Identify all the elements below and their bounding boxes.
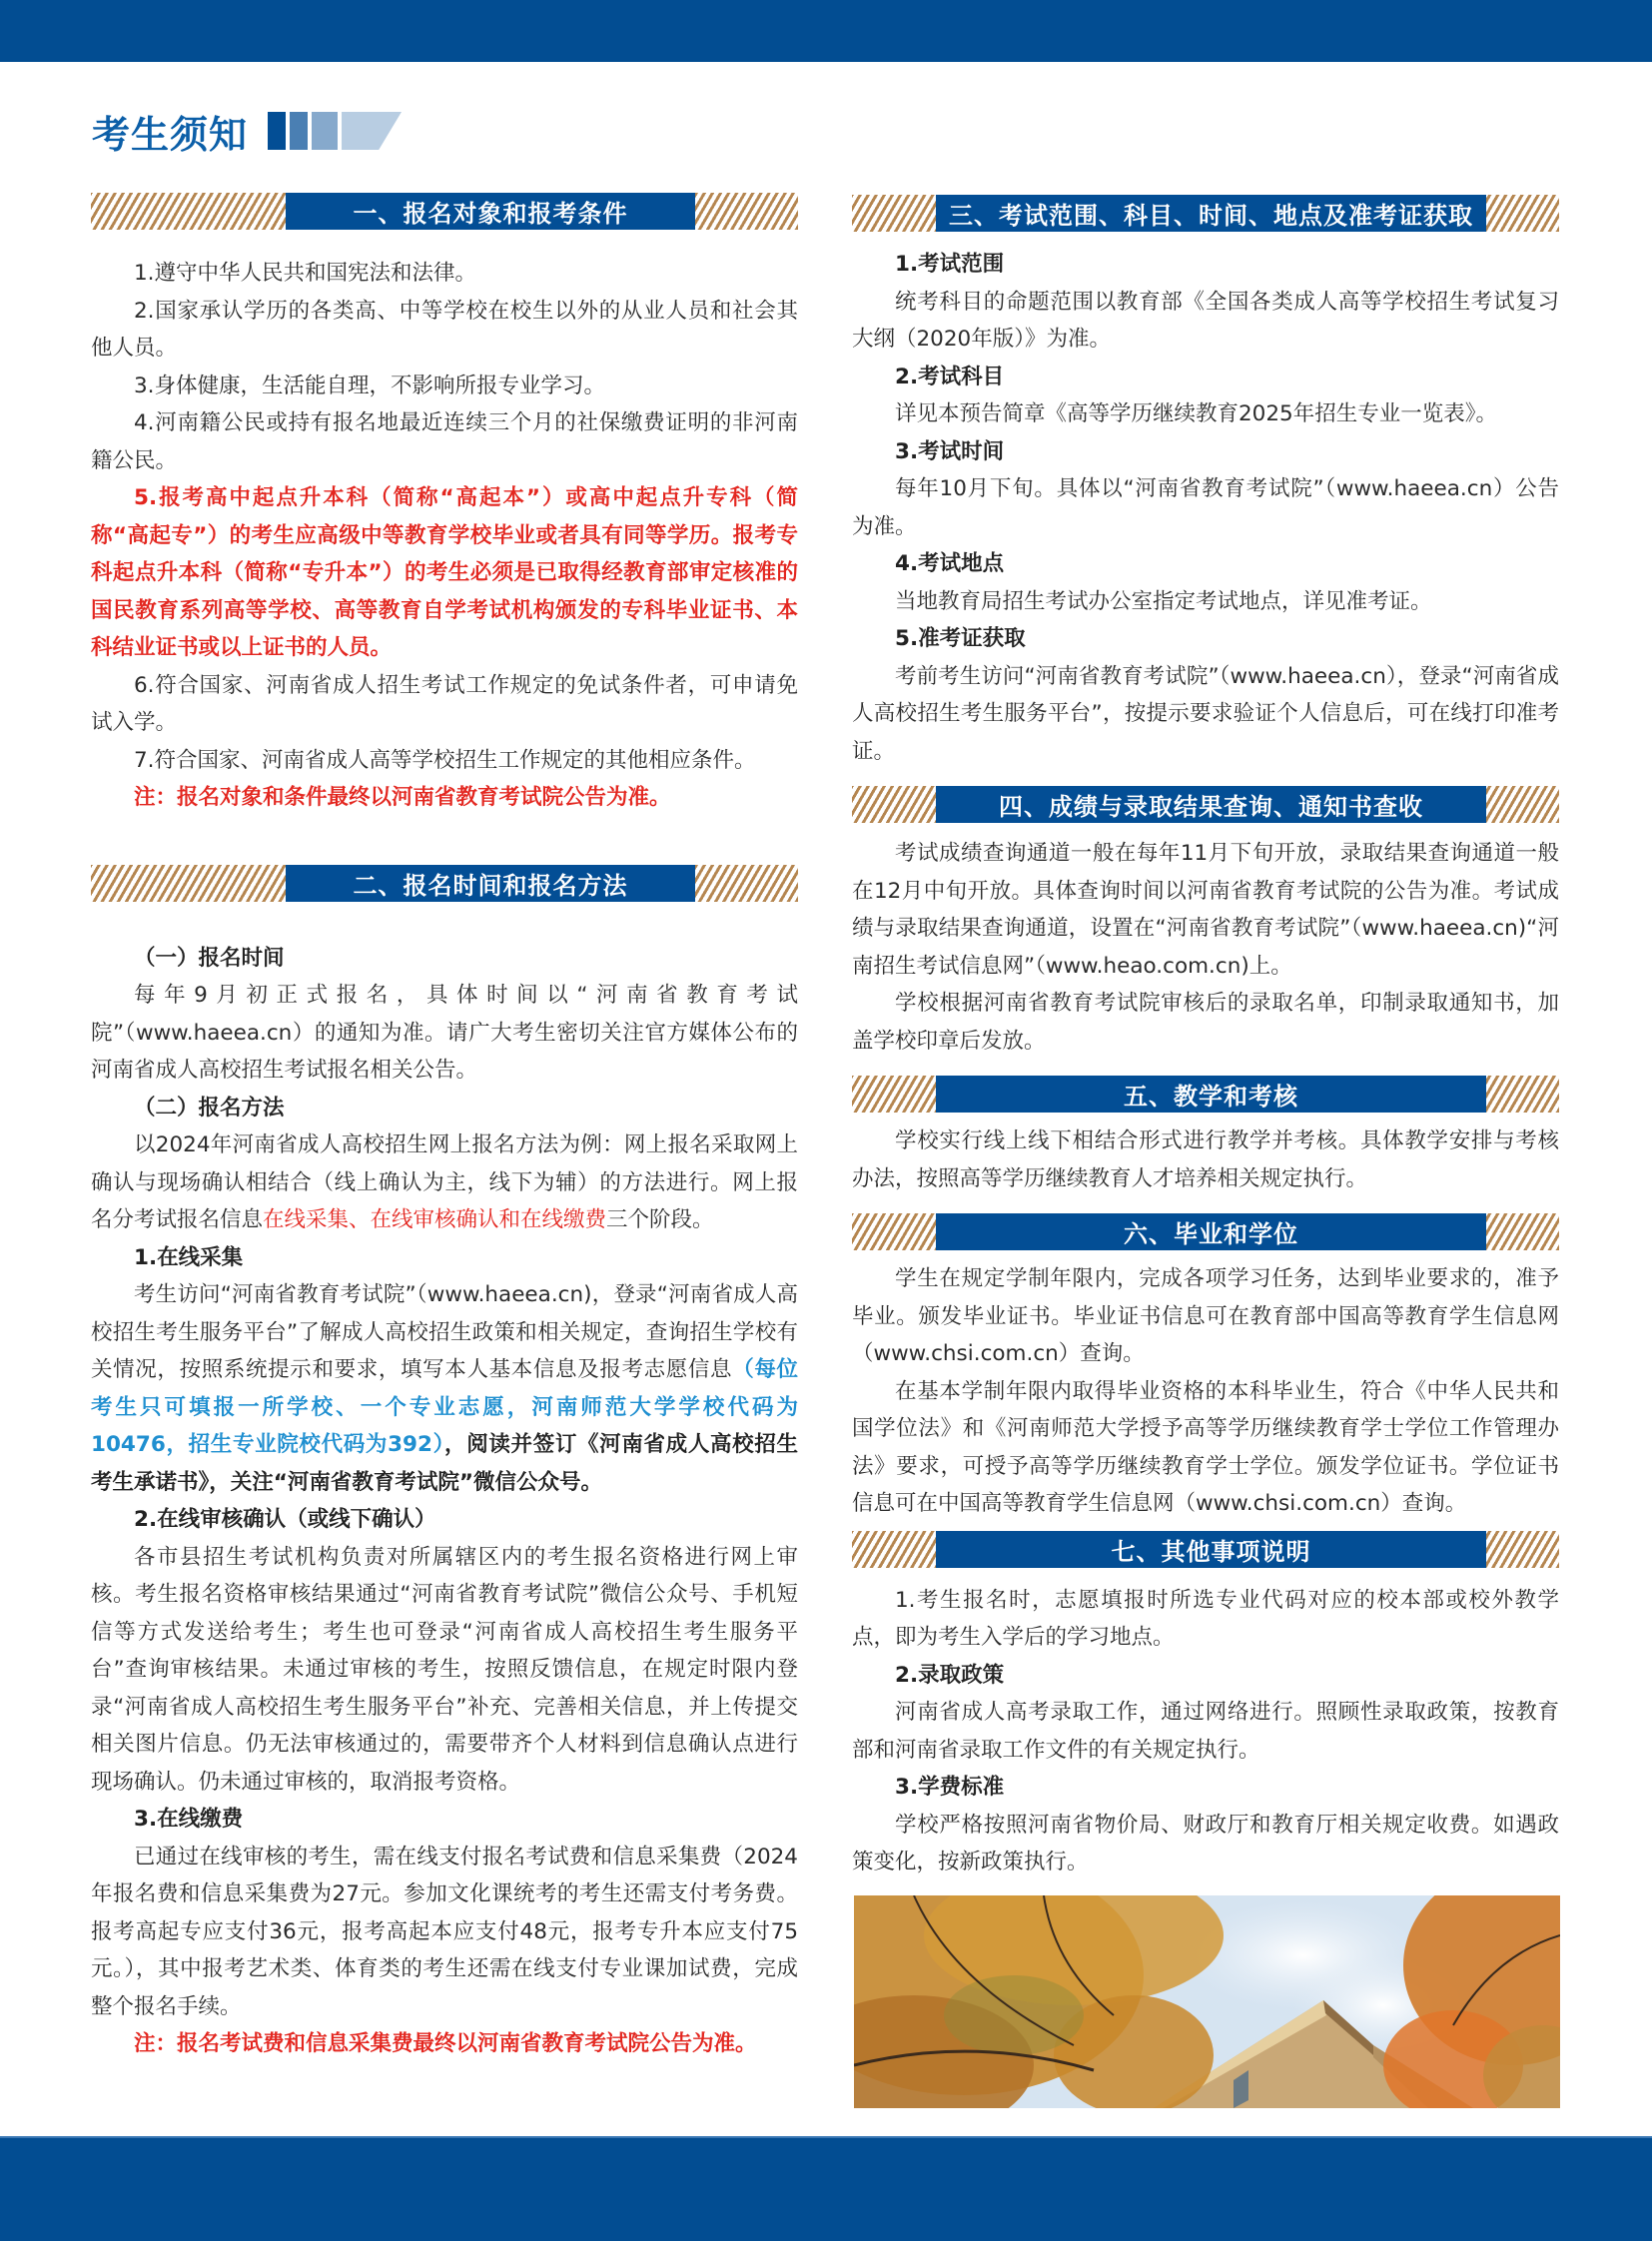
condition-item-2: 2.国家承认学历的各类高、中等学校在校生以外的从业人员和社会其他人员。: [91, 293, 798, 368]
step-2-text: 各市县招生考试机构负责对所属辖区内的考生报名资格进行网上审核。考生报名资格审核结…: [91, 1539, 798, 1802]
item-text: 考前考生访问“河南省教育考试院”（www.haeea.cn），登录“河南省成人高…: [852, 658, 1559, 771]
section-note: 注：报名考试费和信息采集费最终以河南省教育考试院公告为准。: [91, 2025, 798, 2063]
step-3-text: 已通过在线审核的考生，需在线支付报名考试费和信息采集费（2024年报名费和信息采…: [91, 1839, 798, 2026]
subsection-title: （一）报名时间: [91, 940, 798, 978]
bottom-banner-bar: [0, 2136, 1652, 2241]
section-header-4: 四、成绩与录取结果查询、通知书查收: [852, 786, 1559, 823]
graduation-text: 学生在规定学制年限内，完成各项学习任务，达到毕业要求的，准予毕业。颁发毕业证书。…: [852, 1260, 1559, 1373]
item-title: 3.考试时间: [852, 433, 1559, 471]
deco-block-3: [312, 112, 338, 150]
condition-item-3: 3.身体健康，生活能自理，不影响所报专业学习。: [91, 368, 798, 405]
item-text: 详见本预告简章《高等学历继续教育2025年招生专业一览表》。: [852, 395, 1559, 433]
section-heading: 七、其他事项说明: [936, 1531, 1486, 1568]
section-header-2: 二、报名时间和报名方法: [91, 865, 798, 902]
section-header-7: 七、其他事项说明: [852, 1531, 1559, 1568]
section-note: 注：报名对象和条件最终以河南省教育考试院公告为准。: [91, 779, 798, 817]
item-title: 4.考试地点: [852, 545, 1559, 583]
section-heading: 五、教学和考核: [936, 1076, 1486, 1113]
item-title: 2.录取政策: [852, 1657, 1559, 1695]
section-body-6: 学生在规定学制年限内，完成各项学习任务，达到毕业要求的，准予毕业。颁发毕业证书。…: [852, 1250, 1559, 1523]
teaching-text: 学校实行线上线下相结合形式进行教学并考核。具体教学安排与考核办法，按照高等学历继…: [852, 1122, 1559, 1197]
section-body-7: 1.考生报名时，志愿填报时所选专业代码对应的校本部或校外教学点，即为考生入学后的…: [852, 1568, 1559, 1881]
section-body-2: （一）报名时间 每年9月初正式报名，具体时间以“河南省教育考试院”（www.ha…: [91, 902, 798, 2063]
item-text: 统考科目的命题范围以教育部《全国各类成人高等学校招生考试复习大纲（2020年版）…: [852, 284, 1559, 359]
title-decoration-blocks: [268, 112, 406, 150]
section-body-5: 学校实行线上线下相结合形式进行教学并考核。具体教学安排与考核办法，按照高等学历继…: [852, 1113, 1559, 1197]
section-heading: 二、报名时间和报名方法: [286, 865, 695, 902]
section-heading: 三、考试范围、科目、时间、地点及准考证获取: [936, 195, 1486, 232]
condition-item-6: 6.符合国家、河南省成人招生考试工作规定的免试条件者，可申请免试入学。: [91, 667, 798, 742]
section-body-1: 1.遵守中华人民共和国宪法和法律。 2.国家承认学历的各类高、中等学校在校生以外…: [91, 230, 798, 817]
tuition-text: 学校严格按照河南省物价局、财政厅和教育厅相关规定收费。如遇政策变化，按新政策执行…: [852, 1807, 1559, 1881]
results-query-text: 考试成绩查询通道一般在每年11月下旬开放，录取结果查询通道一般在12月中旬开放。…: [852, 835, 1559, 985]
campus-photo: [854, 1895, 1560, 2108]
condition-item-7: 7.符合国家、河南省成人高等学校招生工作规定的其他相应条件。: [91, 742, 798, 780]
section-heading: 一、报名对象和报考条件: [286, 193, 695, 230]
item-text: 当地教育局招生考试办公室指定考试地点，详见准考证。: [852, 583, 1559, 621]
highlight-stages: 在线采集、在线审核确认和在线缴费: [263, 1207, 606, 1232]
top-banner-bar: [0, 0, 1652, 62]
registration-method-text: 以2024年河南省成人高校招生网上报名方法为例：网上报名采取网上确认与现场确认相…: [91, 1126, 798, 1239]
subsection-title: （二）报名方法: [91, 1090, 798, 1127]
item-title: 5.准考证获取: [852, 620, 1559, 658]
item-title: 2.考试科目: [852, 359, 1559, 396]
section-header-3: 三、考试范围、科目、时间、地点及准考证获取: [852, 195, 1559, 232]
left-column: 一、报名对象和报考条件 1.遵守中华人民共和国宪法和法律。 2.国家承认学历的各…: [91, 193, 798, 2063]
admission-policy-text: 河南省成人高考录取工作，通过网络进行。照顾性录取政策，按教育部和河南省录取工作文…: [852, 1694, 1559, 1769]
right-column: 三、考试范围、科目、时间、地点及准考证获取 1.考试范围 统考科目的命题范围以教…: [852, 195, 1559, 1881]
page-title: 考生须知: [92, 108, 406, 154]
condition-item-4: 4.河南籍公民或持有报名地最近连续三个月的社保缴费证明的非河南籍公民。: [91, 404, 798, 479]
section-heading: 六、毕业和学位: [936, 1213, 1486, 1250]
study-location-text: 1.考生报名时，志愿填报时所选专业代码对应的校本部或校外教学点，即为考生入学后的…: [852, 1582, 1559, 1657]
deco-block-1: [268, 112, 286, 150]
section-body-3: 1.考试范围 统考科目的命题范围以教育部《全国各类成人高等学校招生考试复习大纲（…: [852, 232, 1559, 770]
degree-text: 在基本学制年限内取得毕业资格的本科毕业生，符合《中华人民共和国学位法》和《河南师…: [852, 1373, 1559, 1523]
item-title: 1.考试范围: [852, 246, 1559, 284]
condition-item-1: 1.遵守中华人民共和国宪法和法律。: [91, 255, 798, 293]
deco-block-2: [290, 112, 308, 150]
section-header-1: 一、报名对象和报考条件: [91, 193, 798, 230]
section-heading: 四、成绩与录取结果查询、通知书查收: [936, 786, 1486, 823]
registration-time-text: 每年9月初正式报名，具体时间以“河南省教育考试院”（www.haeea.cn）的…: [91, 977, 798, 1090]
step-title: 1.在线采集: [91, 1239, 798, 1277]
deco-block-4: [342, 112, 402, 150]
step-title: 2.在线审核确认（或线下确认）: [91, 1501, 798, 1539]
step-1-text: 考生访问“河南省教育考试院”（www.haeea.cn)，登录“河南省成人高校招…: [91, 1276, 798, 1501]
condition-item-5: 5.报考高中起点升本科（简称“高起本”）或高中起点升专科（简称“高起专”）的考生…: [91, 479, 798, 667]
page-title-text: 考生须知: [92, 104, 248, 159]
section-header-5: 五、教学和考核: [852, 1076, 1559, 1113]
section-header-6: 六、毕业和学位: [852, 1213, 1559, 1250]
admission-notice-text: 学校根据河南省教育考试院审核后的录取名单，印制录取通知书，加盖学校印章后发放。: [852, 985, 1559, 1060]
section-body-4: 考试成绩查询通道一般在每年11月下旬开放，录取结果查询通道一般在12月中旬开放。…: [852, 823, 1559, 1060]
item-title: 3.学费标准: [852, 1769, 1559, 1807]
step-title: 3.在线缴费: [91, 1801, 798, 1839]
item-text: 每年10月下旬。具体以“河南省教育考试院”（www.haeea.cn）公告为准。: [852, 470, 1559, 545]
